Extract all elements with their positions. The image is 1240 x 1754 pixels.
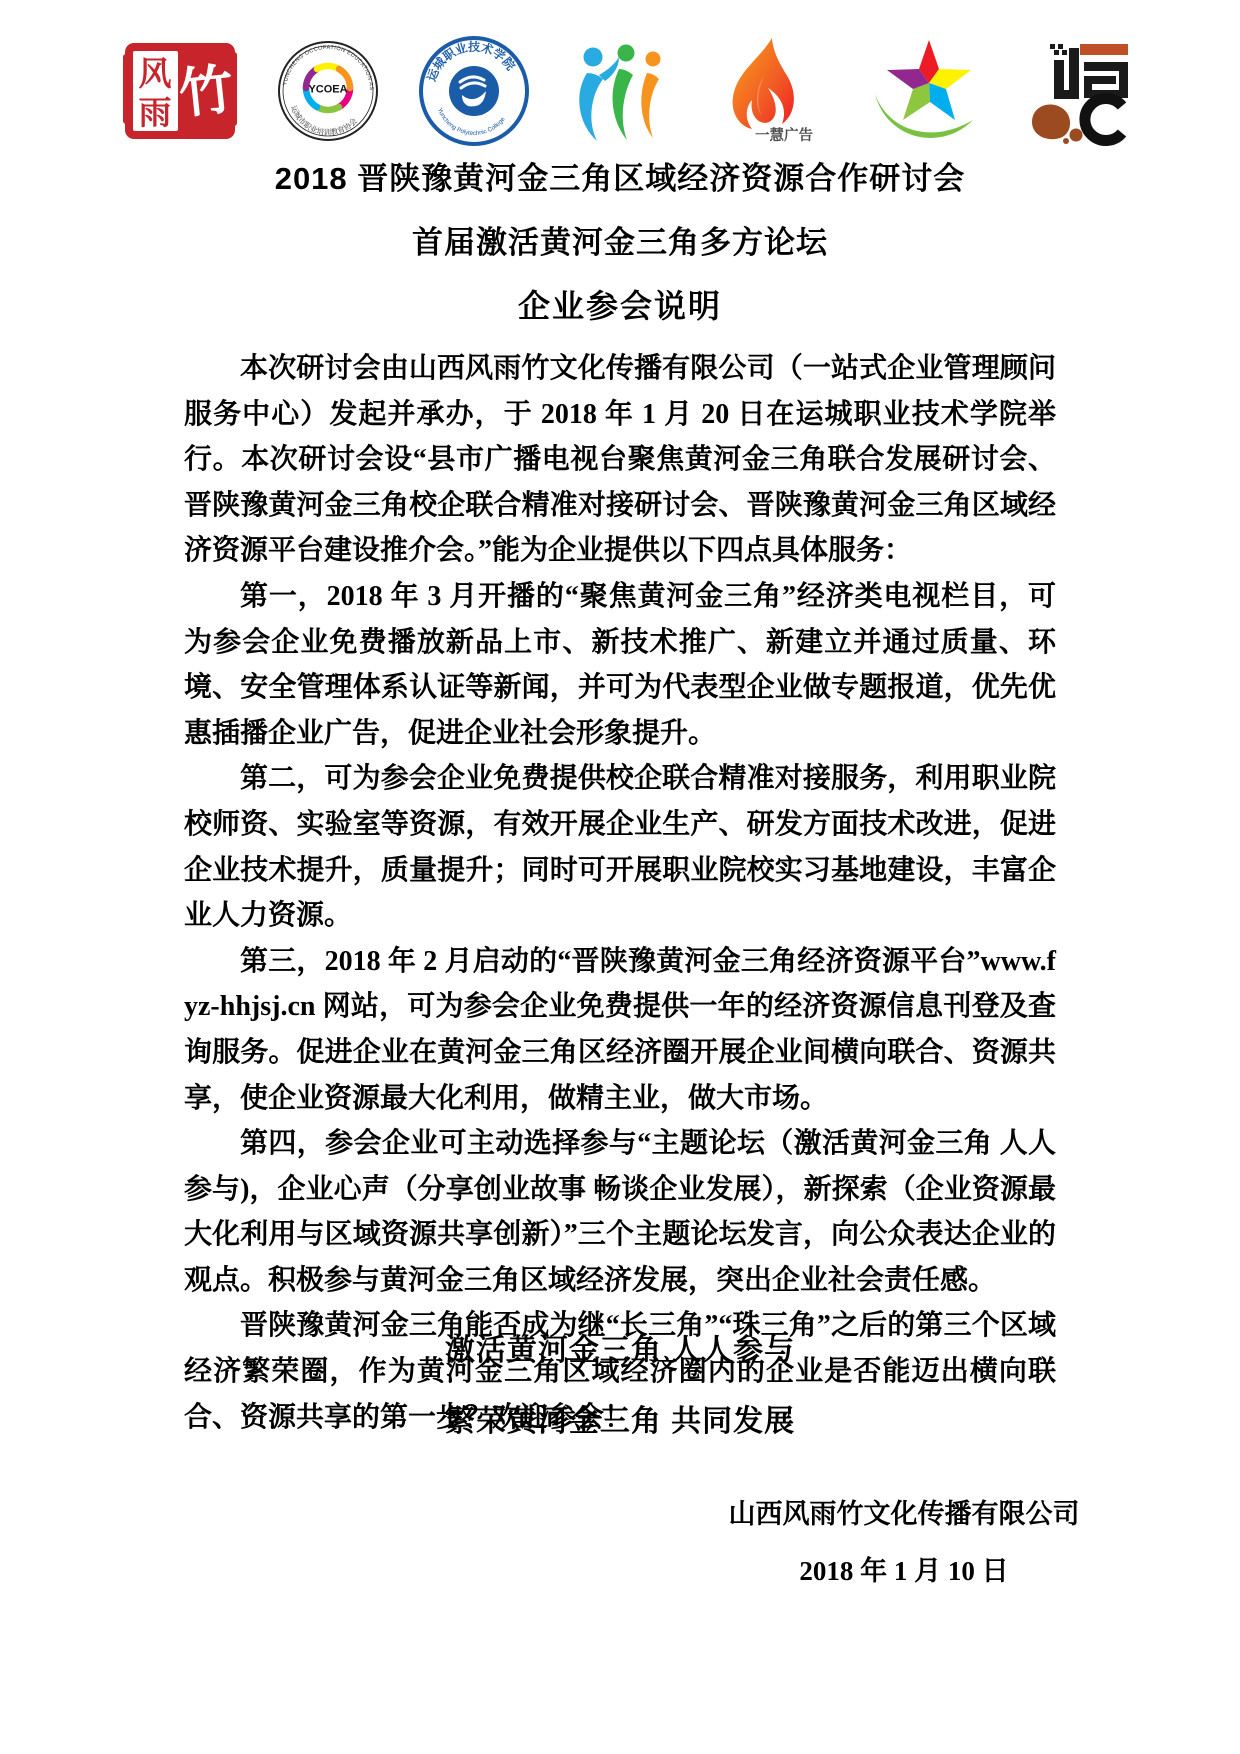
signature-company: 山西风雨竹文化传播有限公司 xyxy=(718,1492,1090,1531)
three-figures-logo-icon xyxy=(569,37,673,145)
slogan-activate: 激活黄河金三角 人人参与 xyxy=(0,1325,1240,1369)
paragraph-third-service: 第三，2018 年 2 月启动的“晋陕豫黄河金三角经济资源平台”www.fyz-… xyxy=(184,939,1056,1121)
polytechnic-college-logo-icon: 运城职业技术学院 Yuncheng Polytechnic College xyxy=(418,35,530,147)
logo-row: 风 雨 竹 YUNCHENG OCCUPATION EDUCATION ASSO… xyxy=(122,36,1138,146)
section-title: 企业参会说明 xyxy=(0,281,1240,327)
yihui-flame-logo-icon: 一慧广告 xyxy=(712,36,828,146)
paragraph-intro: 本次研讨会由山西风雨竹文化传播有限公司（一站式企业管理顾问服务中心）发起并承办，… xyxy=(184,346,1056,574)
document-page: 风 雨 竹 YUNCHENG OCCUPATION EDUCATION ASSO… xyxy=(0,0,1240,1754)
star-swoosh-logo-icon xyxy=(867,36,985,146)
paragraph-fourth-service: 第四，参会企业可主动选择参与“主题论坛（激活黄河金三角 人人参与)，企业心声（分… xyxy=(184,1121,1056,1303)
document-title: 2018 晋陕豫黄河金三角区域经济资源合作研讨会 xyxy=(0,153,1240,198)
seal-char-feng: 风 xyxy=(139,55,172,92)
ycoea-center-text: YCOEA xyxy=(308,84,347,96)
ycoea-logo-icon: YUNCHENG OCCUPATION EDUCATION ASSOCIATIO… xyxy=(277,40,379,142)
paragraph-second-service: 第二，可为参会企业免费提供校企联合精准对接服务，利用职业院校师资、实验室等资源，… xyxy=(184,756,1056,938)
seal-char-zhu: 竹 xyxy=(176,59,236,124)
slogan-prosper: 繁荣黄河金三角 共同发展 xyxy=(0,1396,1240,1440)
yihui-label: 一慧广告 xyxy=(755,126,813,144)
body-text: 本次研讨会由山西风雨竹文化传播有限公司（一站式企业管理顾问服务中心）发起并承办，… xyxy=(184,346,1056,1440)
fengyuzhu-seal-logo-icon: 风 雨 竹 xyxy=(122,40,238,142)
signature-date: 2018 年 1 月 10 日 xyxy=(718,1549,1090,1588)
paragraph-first-service: 第一，2018 年 3 月开播的“聚焦黄河金三角”经济类电视栏目，可为参会企业免… xyxy=(184,574,1056,756)
document-subtitle: 首届激活黄河金三角多方论坛 xyxy=(0,217,1240,262)
seal-char-yu: 雨 xyxy=(139,94,172,131)
signature-block: 山西风雨竹文化传播有限公司 2018 年 1 月 10 日 xyxy=(718,1492,1090,1588)
yc-brown-logo-icon xyxy=(1024,36,1138,146)
